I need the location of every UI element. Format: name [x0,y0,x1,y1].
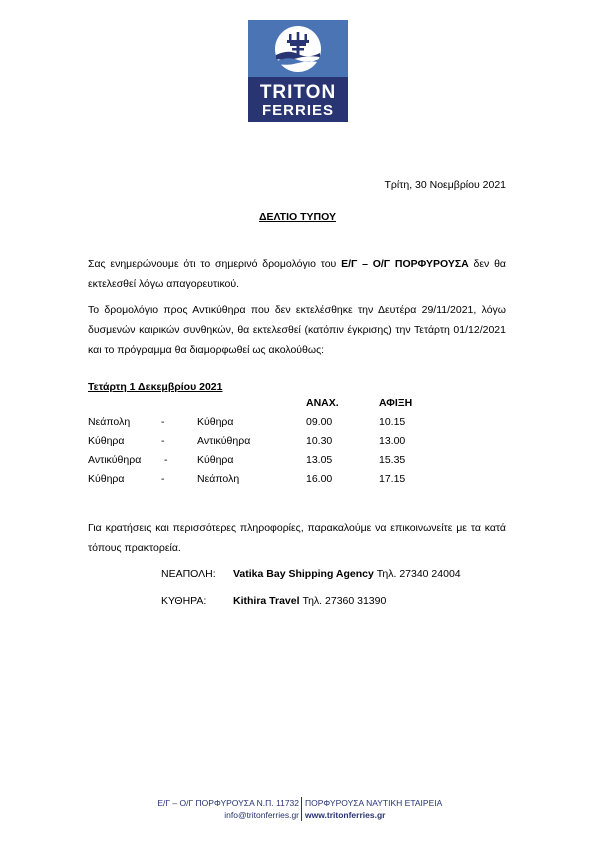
footer-left: Ε/Γ – Ο/Γ ΠΟΡΦΥΡΟΥΣΑ Ν.Π. 11732 info@tri… [157,797,299,821]
paragraph-reschedule: Το δρομολόγιο προς Αντικύθηρα που δεν εκ… [88,300,506,360]
route-from: Νεάπολη [88,416,130,428]
schedule-row: Κύθηρα - Αντικύθηρα 10.30 13.00 [0,435,595,454]
schedule-day-title: Τετάρτη 1 Δεκεμβρίου 2021 [88,381,222,393]
arrival-time: 13.00 [379,435,405,447]
agent-location: ΝΕΑΠΟΛΗ: [161,568,216,580]
footer-vessel-registry: Ε/Γ – Ο/Γ ΠΟΡΦΥΡΟΥΣΑ Ν.Π. 11732 [157,797,299,809]
trident-wave-icon [274,25,322,73]
footer-company-name: ΠΟΡΦΥΡΟΥΣΑ ΝΑΥΤΙΚΗ ΕΤΑΙΡΕΙΑ [305,797,442,809]
paragraph1-before: Σας ενημερώνουμε ότι το σημερινό δρομολό… [88,258,341,270]
logo-wordmark: TRITON FERRIES [248,77,348,122]
agent-name: Kithira Travel [233,595,300,607]
schedule-row: Νεάπολη - Κύθηρα 09.00 10.15 [0,416,595,435]
route-from: Κύθηρα [88,435,124,447]
vessel-name: Ε/Γ – Ο/Γ ΠΟΡΦΥΡΟΥΣΑ [341,258,469,270]
route-separator: - [161,473,165,485]
route-to: Κύθηρα [197,454,233,466]
departure-time: 13.05 [306,454,332,466]
footer-right: ΠΟΡΦΥΡΟΥΣΑ ΝΑΥΤΙΚΗ ΕΤΑΙΡΕΙΑ www.tritonfe… [305,797,442,821]
route-from: Κύθηρα [88,473,124,485]
logo-line2: FERRIES [248,103,348,118]
agent-name: Vatika Bay Shipping Agency [233,568,374,580]
agent-phone: Τηλ. 27340 24004 [374,568,461,580]
route-separator: - [161,416,165,428]
departure-time: 10.30 [306,435,332,447]
logo-line1: TRITON [248,83,348,102]
route-separator: - [161,435,165,447]
paragraph-contact: Για κρατήσεις και περισσότερες πληροφορί… [88,518,506,558]
document-title: ΔΕΛΤΙΟ ΤΥΠΟΥ [0,211,595,223]
departure-time: 09.00 [306,416,332,428]
paragraph-announcement: Σας ενημερώνουμε ότι το σημερινό δρομολό… [88,254,506,294]
route-to: Αντικύθηρα [197,435,250,447]
header-departure: ΑΝΑΧ. [306,397,339,409]
document-date: Τρίτη, 30 Νοεμβρίου 2021 [385,179,507,191]
route-to: Κύθηρα [197,416,233,428]
footer-website-link[interactable]: www.tritonferries.gr [305,809,442,821]
route-separator: - [164,454,168,466]
route-to: Νεάπολη [197,473,239,485]
agent-phone: Τηλ. 27360 31390 [300,595,387,607]
triton-ferries-logo: TRITON FERRIES [248,20,348,122]
arrival-time: 15.35 [379,454,405,466]
schedule-row: Αντικύθηρα - Κύθηρα 13.05 15.35 [0,454,595,473]
header-arrival: ΑΦΙΞΗ [379,397,412,409]
route-from: Αντικύθηρα [88,454,141,466]
footer-divider [301,797,302,821]
arrival-time: 17.15 [379,473,405,485]
arrival-time: 10.15 [379,416,405,428]
departure-time: 16.00 [306,473,332,485]
schedule-row: Κύθηρα - Νεάπολη 16.00 17.15 [0,473,595,492]
agent-location: ΚΥΘΗΡΑ: [161,595,206,607]
footer-email[interactable]: info@tritonferries.gr [157,809,299,821]
